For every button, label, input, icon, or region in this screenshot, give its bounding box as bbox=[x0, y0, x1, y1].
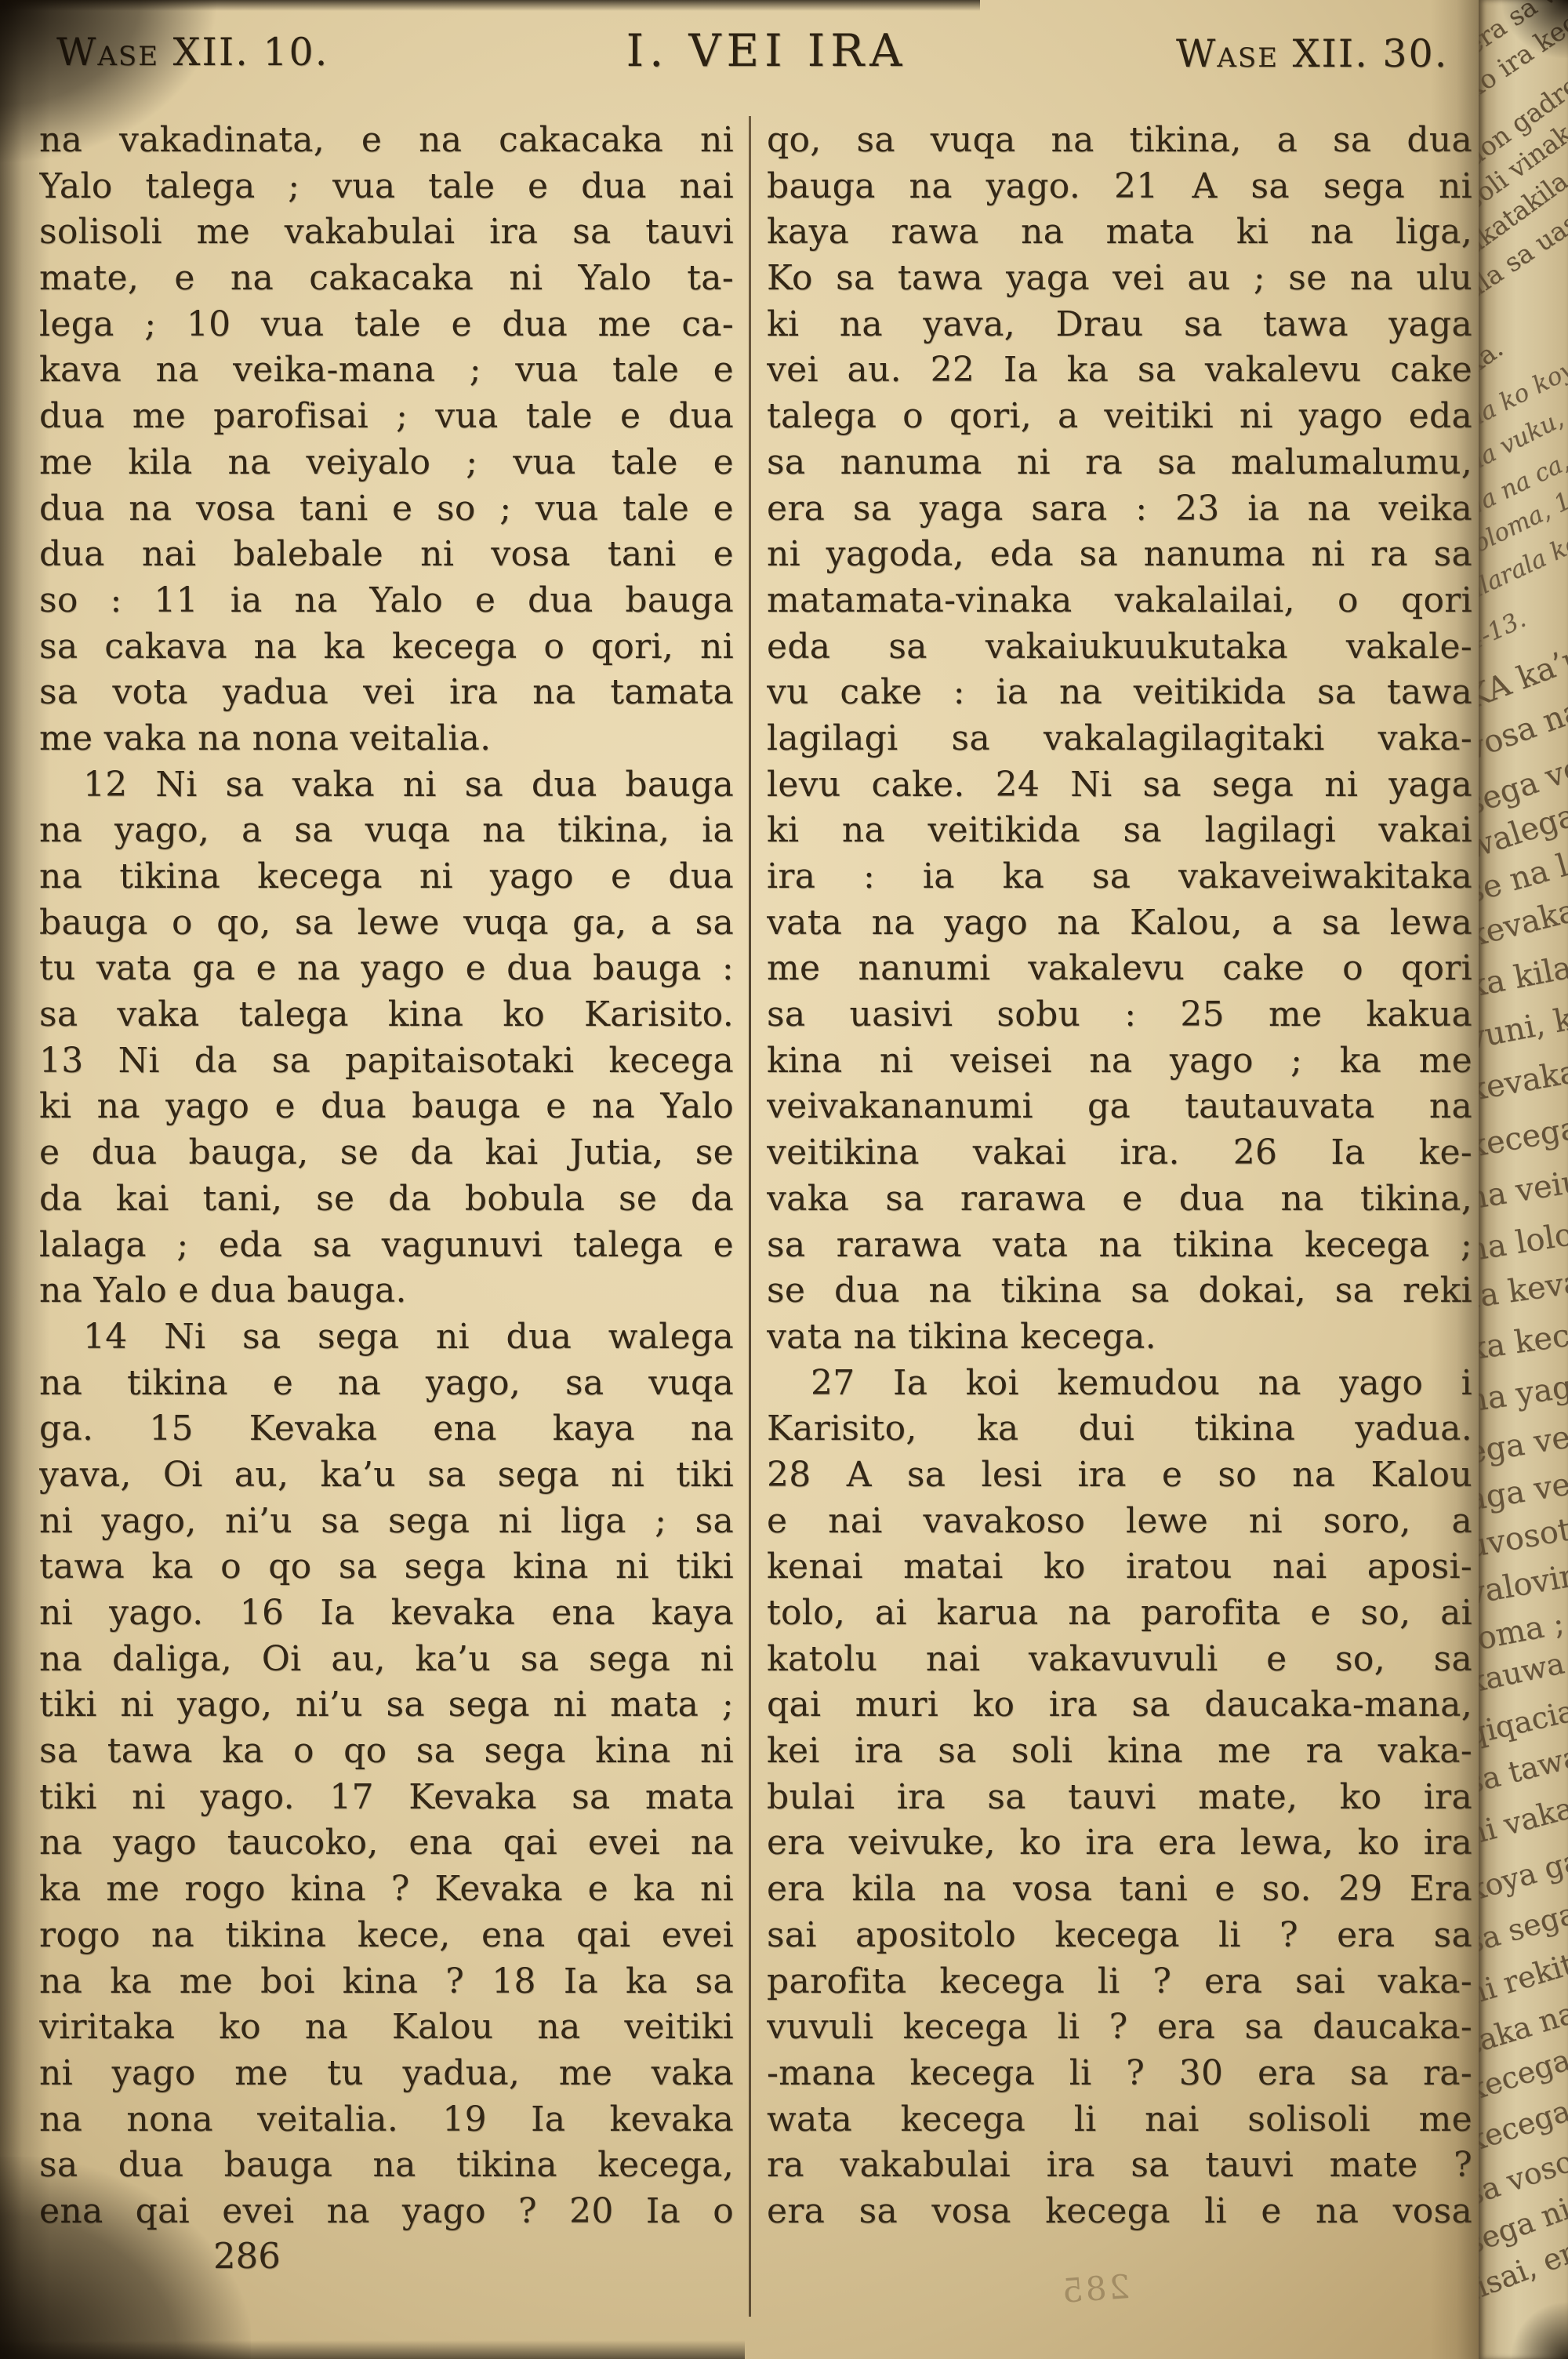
text-line: qai muri ko ira sa daucaka-mana, bbox=[767, 1682, 1472, 1728]
text-line: era veivuke, ko ira era lewa, ko ira bbox=[767, 1820, 1472, 1866]
page-number: 286 bbox=[184, 2235, 310, 2277]
text-line: vata na tikina kecega. bbox=[767, 1314, 1472, 1361]
text-line: ki na yava, Drau sa tawa yaga bbox=[767, 302, 1472, 348]
text-line: kina ni veisei na yago ; ka me bbox=[767, 1038, 1472, 1085]
text-line: ena qai evei na yago ? 20 Ia o bbox=[39, 2189, 734, 2235]
text-line: parofita kecega li ? era sai vaka- bbox=[767, 1959, 1472, 2005]
text-line: sa vaka talega kina ko Karisito. bbox=[39, 992, 734, 1038]
text-line: rogo na tikina kece, ena qai evei bbox=[39, 1913, 734, 1959]
edge-text-fragment: ega vei au bbox=[1479, 1410, 1568, 1471]
text-line: sai apositolo kecega li ? era sa bbox=[767, 1913, 1472, 1959]
edge-text-fragment: ka kila ta bbox=[1479, 942, 1568, 1005]
text-line: na ka me boi kina ? 18 Ia ka sa bbox=[39, 1959, 734, 2005]
running-head-left: Wase XII. 10. bbox=[56, 30, 328, 75]
text-line: da kai tani, se da bobula se da bbox=[39, 1176, 734, 1223]
column-divider-rule bbox=[749, 116, 751, 2317]
text-line: vaka sa rarawa e dua na tikina, bbox=[767, 1176, 1472, 1223]
text-line: vu cake : ia na veitikida sa tawa bbox=[767, 670, 1472, 716]
text-line: e dua bauga, se da kai Jutia, se bbox=[39, 1130, 734, 1176]
text-line: dua me parofisai ; vua tale e dua bbox=[39, 394, 734, 440]
text-line: solisoli me vakabulai ira sa tauvi bbox=[39, 209, 734, 256]
text-line: vuvuli kecega li ? era sa daucaka- bbox=[767, 2005, 1472, 2051]
text-line: 28 A sa lesi ira e so na Kalou bbox=[767, 1452, 1472, 1499]
running-head-title: I. VEI IRA bbox=[626, 25, 908, 77]
text-line: 12 Ni sa vaka ni sa dua bauga bbox=[39, 762, 734, 809]
text-line: na Yalo e dua bauga. bbox=[39, 1268, 734, 1314]
text-line: ni yago, ni’u sa sega ni liga ; sa bbox=[39, 1499, 734, 1545]
text-line: ni yago. 16 Ia kevaka ena kaya bbox=[39, 1590, 734, 1637]
text-line: lalaga ; eda sa vagunuvi talega e bbox=[39, 1223, 734, 1269]
text-line: na yago taucoko, ena qai evei na bbox=[39, 1820, 734, 1866]
edge-text-fragment: ka. bbox=[1479, 333, 1508, 380]
photo-shadow-top bbox=[0, 0, 980, 11]
text-line: ga. 15 Kevaka ena kaya na bbox=[39, 1406, 734, 1452]
text-line: sa rarawa vata na tikina kecega ; bbox=[767, 1223, 1472, 1269]
text-line: era kila na vosa tani e so. 29 Era bbox=[767, 1866, 1472, 1913]
edge-text-fragment: na yagoq bbox=[1479, 1364, 1568, 1419]
text-line: yava, Oi au, ka’u sa sega ni tiki bbox=[39, 1452, 734, 1499]
text-column-right: qo, sa vuqa na tikina, a sa duabauga na … bbox=[767, 118, 1472, 2235]
text-line: me nanumi vakalevu cake o qori bbox=[767, 946, 1472, 992]
text-line: me kila na veiyalo ; vua tale e bbox=[39, 440, 734, 486]
text-line: sa vota yadua vei ira na tamata bbox=[39, 670, 734, 716]
edge-text-fragment: na veiulu-n bbox=[1479, 1154, 1568, 1217]
text-line: ni yago me tu yadua, me vaka bbox=[39, 2051, 734, 2097]
text-line: ni yagoda, eda sa nanuma ni ra sa bbox=[767, 532, 1472, 578]
text-line: vei au. 22 Ia ka sa vakalevu cake bbox=[767, 347, 1472, 394]
text-line: 14 Ni sa sega ni dua walega bbox=[39, 1314, 734, 1361]
text-line: lega ; 10 vua tale e dua me ca- bbox=[39, 302, 734, 348]
text-line: 27 Ia koi kemudou na yago i bbox=[767, 1361, 1472, 1407]
text-line: kenai matai ko iratou nai aposi- bbox=[767, 1544, 1472, 1590]
text-line: Yalo talega ; vua tale e dua nai bbox=[39, 164, 734, 210]
photo-shadow-bottom bbox=[0, 2340, 745, 2359]
text-line: mate, e na cakacaka ni Yalo ta- bbox=[39, 256, 734, 302]
text-line: sa nanuma ni ra sa malumalumu, bbox=[767, 440, 1472, 486]
text-line: sa cakava na ka kecega o qori, ni bbox=[39, 624, 734, 671]
text-line: kaya rawa na mata ki na liga, bbox=[767, 209, 1472, 256]
edge-text-fragment: ka kecega, bbox=[1479, 1308, 1568, 1368]
text-line: qo, sa vuqa na tikina, a sa dua bbox=[767, 118, 1472, 164]
text-line: na nona veitalia. 19 Ia kevaka bbox=[39, 2097, 734, 2143]
scanned-book-page-photo: { "page": { "header": { "left": "Wase XI… bbox=[0, 0, 1568, 2359]
text-line: eda sa vakaiukuukutaka vakale- bbox=[767, 624, 1472, 671]
text-line: tolo, ai karua na parofita e so, ai bbox=[767, 1590, 1472, 1637]
edge-text-fragment: kecega, r bbox=[1479, 1104, 1568, 1165]
running-head-right: Wase XII. 30. bbox=[1176, 31, 1448, 76]
text-line: wata kecega li nai solisoli me bbox=[767, 2097, 1472, 2143]
text-line: lagilagi sa vakalagilagitaki vaka- bbox=[767, 716, 1472, 762]
text-line: kava na veika-mana ; vua tale e bbox=[39, 347, 734, 394]
text-line: sa uasivi sobu : 25 me kakua bbox=[767, 992, 1472, 1038]
adjacent-page-edge: era sa vako ira kecdon gadrevasoli vinak… bbox=[1479, 0, 1568, 2359]
text-line: ka me rogo kina ? Kevaka e ka ni bbox=[39, 1866, 734, 1913]
text-line: me vaka na nona veitalia. bbox=[39, 716, 734, 762]
text-column-left: na vakadinata, e na cakacaka niYalo tale… bbox=[39, 118, 734, 2235]
text-line: era sa vosa kecega li e na vosa bbox=[767, 2189, 1472, 2235]
text-line: sa dua bauga na tikina kecega, bbox=[39, 2143, 734, 2189]
text-line: se dua na tikina sa dokai, sa reki bbox=[767, 1268, 1472, 1314]
text-line: -mana kecega li ? 30 era sa ra- bbox=[767, 2051, 1472, 2097]
text-line: 13 Ni da sa papitaisotaki kecega bbox=[39, 1038, 734, 1085]
text-line: tawa ka o qo sa sega kina ni tiki bbox=[39, 1544, 734, 1590]
text-line: bauga o qo, sa lewe vuqa ga, a sa bbox=[39, 900, 734, 947]
text-line: vata na yago na Kalou, a sa lewa bbox=[767, 900, 1472, 947]
text-line: era sa yaga sara : 23 ia na veika bbox=[767, 486, 1472, 533]
text-line: veivakananumi ga tautauvata na bbox=[767, 1084, 1472, 1130]
text-line: so : 11 ia na Yalo e dua bauga bbox=[39, 578, 734, 624]
text-line: viritaka ko na Kalou na veitiki bbox=[39, 2005, 734, 2051]
text-line: tu vata ga e na yago e dua bauga : bbox=[39, 946, 734, 992]
text-line: ra vakabulai ira sa tauvi mate ? bbox=[767, 2143, 1472, 2189]
text-line: ira : ia ka sa vakaveiwakitaka bbox=[767, 854, 1472, 900]
text-line: kei ira sa soli kina me ra vaka- bbox=[767, 1728, 1472, 1775]
text-line: na tikina e na yago, sa vuqa bbox=[39, 1361, 734, 1407]
text-line: tiki ni yago. 17 Kevaka sa mata bbox=[39, 1775, 734, 1821]
text-line: tiki ni yago, ni’u sa sega ni mata ; bbox=[39, 1682, 734, 1728]
text-line: sa tawa ka o qo sa sega kina ni bbox=[39, 1728, 734, 1775]
text-line: talega o qori, a veitiki ni yago eda bbox=[767, 394, 1472, 440]
text-line: Karisito, ka dui tikina yadua. bbox=[767, 1406, 1472, 1452]
text-line: na tikina kecega ni yago e dua bbox=[39, 854, 734, 900]
text-line: e nai vavakoso lewe ni soro, a bbox=[767, 1499, 1472, 1545]
edge-text-fragment: 4-13. bbox=[1479, 605, 1530, 656]
text-line: na daliga, Oi au, ka’u sa sega ni bbox=[39, 1637, 734, 1683]
ghost-page-number: 285 bbox=[1058, 2267, 1131, 2310]
text-line: matamata-vinaka vakalailai, o qori bbox=[767, 578, 1472, 624]
text-line: Ko sa tawa yaga vei au ; se na ulu bbox=[767, 256, 1472, 302]
text-line: dua nai balebale ni vosa tani e bbox=[39, 532, 734, 578]
text-line: ki na veitikida sa lagilagi vakai bbox=[767, 808, 1472, 854]
text-line: katolu nai vakavuvuli e so, sa bbox=[767, 1637, 1472, 1683]
text-line: bauga na yago. 21 A sa sega ni bbox=[767, 164, 1472, 210]
text-line: veitikina vakai ira. 26 Ia ke- bbox=[767, 1130, 1472, 1176]
edge-text-fragment: na loloma bbox=[1479, 1209, 1568, 1268]
text-line: na yago, a sa vuqa na tikina, ia bbox=[39, 808, 734, 854]
text-line: na vakadinata, e na cakacaka ni bbox=[39, 118, 734, 164]
text-line: dua na vosa tani e so ; vua tale e bbox=[39, 486, 734, 533]
text-line: levu cake. 24 Ni sa sega ni yaga bbox=[767, 762, 1472, 809]
text-line: bulai ira sa tauvi mate, ko ira bbox=[767, 1775, 1472, 1821]
text-line: ki na yago e dua bauga e na Yalo bbox=[39, 1084, 734, 1130]
